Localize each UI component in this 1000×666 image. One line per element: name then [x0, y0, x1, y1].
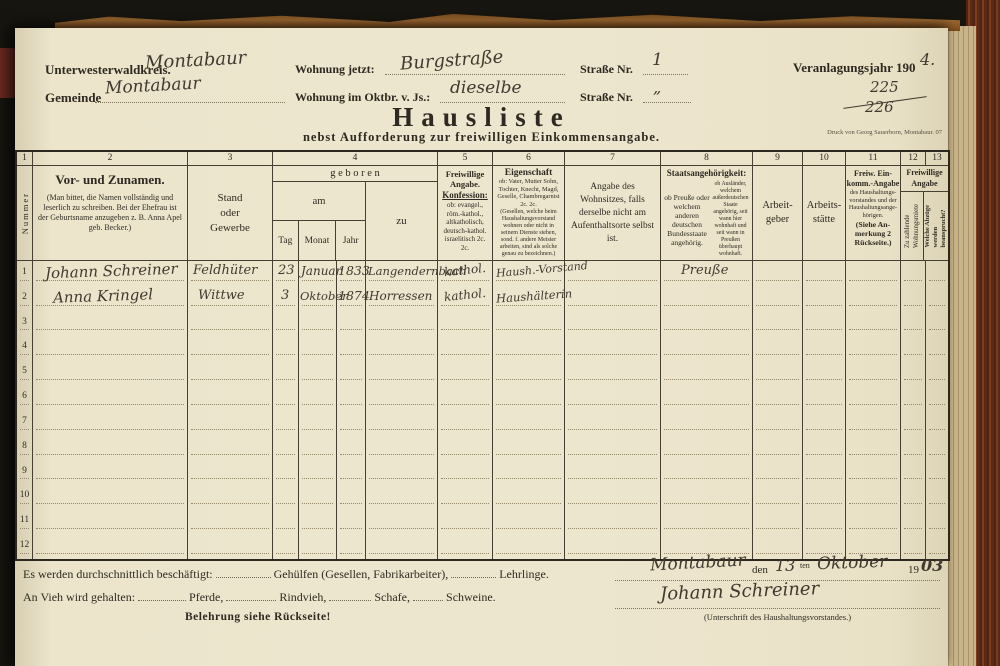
year-handwritten: 03: [921, 556, 943, 575]
table-row: 10: [17, 484, 948, 509]
arbeitsstaette-cell: [803, 435, 846, 460]
col-einkommensangabe: 11 Freiw. Ein- komm.-Angabe des Haushalt…: [846, 152, 901, 260]
staat-cell: [661, 435, 753, 460]
col-arbeitgeber: 9 Arbeit- geber: [753, 152, 803, 260]
monat-cell: [299, 534, 337, 559]
wohnung-okt-value-handwritten: dieselbe: [450, 78, 522, 98]
monat-cell: [299, 435, 337, 460]
abzuege-cell: [926, 484, 948, 509]
tag-cell: [273, 335, 299, 360]
arbeitsstaette-cell: [803, 410, 846, 435]
den-label: den: [752, 564, 768, 576]
arbeitgeber-cell: [753, 335, 803, 360]
abzuege-cell: [926, 460, 948, 485]
miete-cell: [901, 460, 926, 485]
monat-handwritten: Januar: [301, 264, 341, 278]
zu-cell: [366, 435, 438, 460]
abzuege-cell: [926, 261, 948, 286]
arbeitsstaette-cell: [803, 509, 846, 534]
arbeitsstaette-cell: [803, 261, 846, 286]
veranlagungsjahr-value-handwritten: 4.: [920, 50, 935, 69]
abzuege-cell: [926, 385, 948, 410]
tag-cell: [273, 360, 299, 385]
table-row: 7: [17, 410, 948, 435]
wohnsitz-cell: [565, 385, 661, 410]
col-arbeitsstaette: 10 Arbeits- stätte: [803, 152, 846, 260]
zu-cell: [366, 534, 438, 559]
arbeitsstaette-cell: [803, 286, 846, 311]
table-row: 4: [17, 335, 948, 360]
eigenschaft-cell: [493, 484, 565, 509]
einkommen-note: des Haushaltungs- vorstandes und der Hau…: [846, 189, 900, 219]
folio-number-bottom: 226: [865, 98, 894, 116]
jahr-handwritten: 1833: [338, 263, 370, 278]
zu-cell: [366, 460, 438, 485]
konfession-cell: [438, 484, 493, 509]
wohnsitz-cell: [565, 435, 661, 460]
blank-schafe: [329, 589, 371, 601]
col-wohnsitz: 7 Angabe des Wohnsitzes, falls derselbe …: [565, 152, 661, 260]
vieh-label: An Vieh wird gehalten:: [23, 590, 135, 604]
col-staatsangehoerigkeit: 8 Staatsangehörigkeit: ob Preuße oder we…: [661, 152, 753, 260]
strasse2-value-ditto: „: [653, 78, 661, 97]
arbeitgeber-cell: [753, 286, 803, 311]
folio-number-top: 225: [870, 78, 899, 96]
stand-cell: Feldhüter: [188, 261, 273, 286]
signature-caption: (Unterschrift des Haushaltungsvorstandes…: [615, 612, 940, 622]
miete-cell: [901, 311, 926, 336]
abzuege-cell: [926, 335, 948, 360]
abzuege-cell: [926, 286, 948, 311]
name-cell: [33, 484, 188, 509]
zu-cell: Langendernbach: [366, 261, 438, 286]
name-cell: [33, 410, 188, 435]
colnum-8: 8: [661, 152, 752, 166]
wohnsitz-cell: [565, 410, 661, 435]
eigenschaft-cell: [493, 385, 565, 410]
document-page: Unterwesterwaldkreis. Montabaur Wohnung …: [15, 28, 948, 666]
tag-cell: [273, 534, 299, 559]
tag-cell: [273, 435, 299, 460]
wohnsitz-label: Angabe des Wohnsitzes, falls derselbe ni…: [565, 166, 660, 260]
hausliste-table: 1 Nummer 2 Vor- und Zunamen. (Man bittet…: [15, 150, 950, 561]
staat-cell: [661, 360, 753, 385]
row-number-cell: 5: [17, 360, 33, 385]
freiwillige-angabe-group-label: Freiwillige Angabe: [901, 166, 948, 192]
stand-handwritten: Wittwe: [198, 288, 245, 303]
name-cell: [33, 335, 188, 360]
book-binding-left: [0, 48, 16, 98]
monat-cell: [299, 311, 337, 336]
colnum-6: 6: [493, 152, 564, 166]
zu-cell: Horressen: [366, 286, 438, 311]
eigenschaft-cell: Haush.-Vorstand: [493, 261, 565, 286]
konfession-note: ob: evangel., röm.-kathol., altkatholisc…: [438, 201, 492, 252]
col-nummer: 1 Nummer: [17, 152, 33, 260]
stand-cell: [188, 385, 273, 410]
miete-cell: [901, 360, 926, 385]
geboren-tag-label: Tag: [273, 221, 299, 260]
abzuege-cell: [926, 410, 948, 435]
colnum-9: 9: [753, 152, 802, 166]
table-row: 1 Johann Schreiner Feldhüter 23 Januar 1…: [17, 261, 948, 286]
ten-label: ten: [800, 561, 810, 570]
konfession-handwritten: kathol.: [443, 286, 486, 304]
col-stand-label: Stand oder Gewerbe: [188, 166, 272, 260]
tag-cell: [273, 509, 299, 534]
table-row: 6: [17, 385, 948, 410]
date-month-handwritten: Oktober: [817, 552, 888, 574]
wohnsitz-cell: [565, 460, 661, 485]
jahr-cell: [337, 410, 366, 435]
zu-cell: [366, 311, 438, 336]
arbeitsstaette-cell: [803, 360, 846, 385]
staat-handwritten: Preuße: [681, 263, 728, 278]
jahr-handwritten: 1874: [338, 288, 370, 303]
staat-cell: [661, 460, 753, 485]
wohnsitz-cell: [565, 509, 661, 534]
tag-cell: 3: [273, 286, 299, 311]
miete-cell: [901, 484, 926, 509]
wohnsitz-cell: [565, 484, 661, 509]
row-number-cell: 10: [17, 484, 33, 509]
colnum-10: 10: [803, 152, 845, 166]
einkommen-cell: [846, 509, 901, 534]
colnum-13: 13: [926, 152, 948, 165]
miete-cell: [901, 410, 926, 435]
tag-cell: [273, 484, 299, 509]
stand-cell: [188, 435, 273, 460]
miete-cell: [901, 385, 926, 410]
col-freiwillige-angabe-group: 12 13 Freiwillige Angabe Zu zahlende Woh…: [901, 152, 948, 260]
jahr-cell: [337, 360, 366, 385]
table-row: 3: [17, 311, 948, 336]
row-number-cell: 11: [17, 509, 33, 534]
colnum-1: 1: [17, 152, 32, 166]
einkommen-cell: [846, 435, 901, 460]
jahr-cell: 1874: [337, 286, 366, 311]
konfession-cell: kathol.: [438, 261, 493, 286]
page-subtitle: nebst Aufforderung zur freiwilligen Eink…: [15, 130, 948, 145]
colnum-7: 7: [565, 152, 660, 166]
konfession-cell: [438, 311, 493, 336]
zu-cell: [366, 360, 438, 385]
name-cell: [33, 509, 188, 534]
miete-cell: [901, 261, 926, 286]
abzuege-cell: [926, 311, 948, 336]
konfession-cell: [438, 385, 493, 410]
stand-handwritten: Feldhüter: [193, 263, 257, 278]
row-number-cell: 12: [17, 534, 33, 559]
row-number-cell: 1: [17, 261, 33, 286]
geboren-group-label: g e b o r e n: [273, 166, 437, 182]
kreis-value-handwritten: Montabaur: [145, 47, 247, 73]
wohnsitz-cell: [565, 360, 661, 385]
vieh-line: An Vieh wird gehalten: Pferde, Rindvieh,…: [23, 589, 496, 605]
staat-cell: [661, 509, 753, 534]
monat-cell: [299, 509, 337, 534]
abzuege-label: Welche Abzüge werden beansprucht?: [924, 205, 948, 247]
name-handwritten: Johann Schreiner: [45, 260, 178, 283]
tag-cell: [273, 385, 299, 410]
einkommen-cell: [846, 286, 901, 311]
table-row: 9: [17, 460, 948, 485]
stand-cell: [188, 335, 273, 360]
eigenschaft-cell: [493, 311, 565, 336]
staat-cell: [661, 311, 753, 336]
blank-schweine: [413, 589, 443, 601]
monat-cell: Januar: [299, 261, 337, 286]
arbeitsstaette-label: Arbeits- stätte: [803, 166, 845, 260]
row-number-cell: 2: [17, 286, 33, 311]
eigenschaft-cell: [493, 360, 565, 385]
miete-cell: [901, 286, 926, 311]
tag-cell: [273, 311, 299, 336]
arbeitgeber-cell: [753, 261, 803, 286]
veranlagungsjahr-label: Veranlagungsjahr 190: [793, 60, 915, 76]
jahr-cell: [337, 385, 366, 410]
arbeitsstaette-cell: [803, 484, 846, 509]
blank-lehrlinge: [451, 566, 496, 578]
blank-gehuelfen: [216, 566, 271, 578]
wohnung-jetzt-label: Wohnung jetzt:: [295, 62, 375, 77]
monat-cell: [299, 460, 337, 485]
eigenschaft-cell: [493, 335, 565, 360]
blank-rindvieh: [226, 589, 276, 601]
arbeitsstaette-cell: [803, 311, 846, 336]
name-cell: [33, 385, 188, 410]
wohnsitz-cell: [565, 311, 661, 336]
jahr-cell: [337, 335, 366, 360]
schafe-label: Schafe,: [374, 590, 410, 604]
konfession-cell: [438, 410, 493, 435]
col-nummer-label: Nummer: [20, 192, 30, 234]
table-row: 5: [17, 360, 948, 385]
jahr-cell: [337, 509, 366, 534]
beschaeftigt-line: Es werden durchschnittlich beschäftigt: …: [23, 566, 549, 582]
tag-cell: [273, 460, 299, 485]
name-cell: [33, 435, 188, 460]
name-handwritten: Anna Kringel: [53, 285, 154, 306]
row-number-cell: 3: [17, 311, 33, 336]
blank-pferde: [138, 589, 186, 601]
konfession-cell: [438, 460, 493, 485]
eigenschaft-cell: [493, 435, 565, 460]
staat-left-note: ob Preuße oder welchem anderen deutschen…: [663, 179, 711, 260]
monat-cell: [299, 484, 337, 509]
einkommen-b2: (Siehe An- merkung 2 Rückseite.): [846, 220, 900, 247]
colnum-2: 2: [33, 152, 187, 166]
staat-title: Staatsangehörigkeit:: [661, 166, 752, 179]
miete-cell: [901, 335, 926, 360]
staat-cell: [661, 410, 753, 435]
eigenschaft-cell: Haushälterin: [493, 286, 565, 311]
einkommen-cell: [846, 360, 901, 385]
zu-handwritten: Horressen: [369, 289, 432, 303]
zu-cell: [366, 484, 438, 509]
konfession-cell: [438, 360, 493, 385]
colnum-11: 11: [846, 152, 900, 166]
name-cell: [33, 311, 188, 336]
eigenschaft-note1: ob: Vater, Mutter Sohn, Tochter, Knecht,…: [493, 178, 564, 208]
colnum-12: 12: [901, 152, 926, 165]
eigenschaft-cell: [493, 460, 565, 485]
stand-cell: [188, 484, 273, 509]
row-number-cell: 9: [17, 460, 33, 485]
lehrlinge-label: Lehrlinge.: [499, 567, 549, 581]
arbeitgeber-cell: [753, 484, 803, 509]
zu-cell: [366, 385, 438, 410]
wohnsitz-cell: [565, 335, 661, 360]
stand-cell: [188, 509, 273, 534]
arbeitgeber-cell: [753, 509, 803, 534]
monat-cell: [299, 335, 337, 360]
col-namen: 2 Vor- und Zunamen. (Man bittet, die Nam…: [33, 152, 188, 260]
eigenschaft-note2: (Gesellen, welche beim Haushaltungsvorst…: [493, 208, 564, 258]
colnum-3: 3: [188, 152, 272, 166]
table-row: 2 Anna Kringel Wittwe 3 Oktober 1874 Hor…: [17, 286, 948, 311]
einkommen-cell: [846, 335, 901, 360]
strasse1-value-handwritten: 1: [652, 50, 663, 70]
colnum-4: 4: [273, 152, 437, 166]
stand-cell: [188, 534, 273, 559]
monat-cell: Oktober: [299, 286, 337, 311]
tag-handwritten: 23: [278, 263, 295, 278]
beschaeftigt-label: Es werden durchschnittlich beschäftigt:: [23, 567, 213, 581]
jahr-cell: [337, 484, 366, 509]
eigenschaft-title: Eigenschaft: [493, 168, 564, 178]
arbeitsstaette-cell: [803, 335, 846, 360]
stand-cell: [188, 360, 273, 385]
miete-cell: [901, 435, 926, 460]
geboren-am-label: am: [273, 182, 365, 221]
abzuege-cell: [926, 509, 948, 534]
staat-cell: [661, 335, 753, 360]
table-row: 8: [17, 435, 948, 460]
arbeitsstaette-cell: [803, 460, 846, 485]
table-row: 11: [17, 509, 948, 534]
col-stand: 3 Stand oder Gewerbe: [188, 152, 273, 260]
name-cell: [33, 360, 188, 385]
arbeitsstaette-cell: [803, 385, 846, 410]
abzuege-cell: [926, 435, 948, 460]
date-day-handwritten: 13: [775, 556, 795, 575]
geboren-jahr-label: Jahr: [336, 221, 365, 260]
arbeitgeber-cell: [753, 410, 803, 435]
zu-cell: [366, 410, 438, 435]
abzuege-cell: [926, 360, 948, 385]
table-body: 1 Johann Schreiner Feldhüter 23 Januar 1…: [17, 260, 948, 559]
page-title: Hausliste: [15, 102, 948, 133]
arbeitgeber-cell: [753, 460, 803, 485]
col-eigenschaft: 6 Eigenschaft ob: Vater, Mutter Sohn, To…: [493, 152, 565, 260]
wohnungsmiete-label: Zu zahlende Wohnungsmiete: [903, 204, 921, 248]
konfession-handwritten: kathol.: [443, 261, 486, 279]
name-cell: [33, 460, 188, 485]
staat-cell: [661, 286, 753, 311]
geboren-zu-label: zu: [366, 182, 437, 260]
stand-cell: Wittwe: [188, 286, 273, 311]
arbeitgeber-cell: [753, 360, 803, 385]
name-cell: Johann Schreiner: [33, 261, 188, 286]
jahr-cell: [337, 311, 366, 336]
wohnsitz-cell: [565, 534, 661, 559]
einkommen-cell: [846, 460, 901, 485]
col-abzuege: Welche Abzüge werden beansprucht?: [924, 192, 948, 260]
table-row: 12: [17, 534, 948, 559]
arbeitgeber-cell: [753, 435, 803, 460]
stand-cell: [188, 460, 273, 485]
staat-cell: [661, 385, 753, 410]
gehuelfen-label: Gehülfen (Gesellen, Fabrikarbeiter),: [274, 567, 449, 581]
einkommen-cell: [846, 311, 901, 336]
wohnsitz-cell: [565, 286, 661, 311]
tag-cell: [273, 410, 299, 435]
konfession-cell: kathol.: [438, 286, 493, 311]
eigenschaft-cell: [493, 410, 565, 435]
staat-cell: [661, 484, 753, 509]
arbeitgeber-label: Arbeit- geber: [753, 166, 802, 260]
name-cell: [33, 534, 188, 559]
eigenschaft-cell: [493, 509, 565, 534]
row-number-cell: 6: [17, 385, 33, 410]
pferde-label: Pferde,: [189, 590, 223, 604]
jahr-cell: [337, 460, 366, 485]
row-number-cell: 7: [17, 410, 33, 435]
einkommen-cell: [846, 410, 901, 435]
belehrung-note: Belehrung siehe Rückseite!: [185, 611, 331, 623]
staat-right-note: ob Ausländer, welchem außerdeutschen Sta…: [711, 179, 750, 260]
col-wohnungsmiete: Zu zahlende Wohnungsmiete: [901, 192, 924, 260]
einkommen-cell: [846, 261, 901, 286]
einkommen-cell: [846, 484, 901, 509]
col-geboren: 4 g e b o r e n am Tag Monat Jahr zu: [273, 152, 438, 260]
monat-cell: [299, 410, 337, 435]
staat-cell: Preuße: [661, 261, 753, 286]
jahr-cell: [337, 435, 366, 460]
strasse1-label: Straße Nr.: [580, 62, 633, 77]
tag-cell: 23: [273, 261, 299, 286]
konfession-cell: [438, 335, 493, 360]
geboren-monat-label: Monat: [299, 221, 337, 260]
konfession-cell: [438, 509, 493, 534]
konfession-b1: Freiwillige Angabe.: [438, 169, 492, 189]
konfession-b2: Konfession:: [438, 190, 492, 200]
name-cell: Anna Kringel: [33, 286, 188, 311]
rindvieh-label: Rindvieh,: [279, 590, 326, 604]
col-namen-title: Vor- und Zunamen.: [38, 172, 182, 188]
eigenschaft-cell: [493, 534, 565, 559]
table-header: 1 Nummer 2 Vor- und Zunamen. (Man bittet…: [17, 152, 948, 260]
monat-cell: [299, 360, 337, 385]
eigenschaft-handwritten: Haushälterin: [496, 286, 573, 305]
konfession-cell: [438, 435, 493, 460]
arbeitgeber-cell: [753, 311, 803, 336]
col-konfession: 5 Freiwillige Angabe. Konfession: ob: ev…: [438, 152, 493, 260]
jahr-cell: [337, 534, 366, 559]
colnum-5: 5: [438, 152, 492, 166]
zu-cell: [366, 335, 438, 360]
arbeitgeber-cell: [753, 385, 803, 410]
row-number-cell: 8: [17, 435, 33, 460]
zu-cell: [366, 509, 438, 534]
schweine-label: Schweine.: [446, 590, 496, 604]
tag-handwritten: 3: [281, 288, 289, 303]
monat-cell: [299, 385, 337, 410]
year-printed: 19: [908, 564, 919, 576]
row-number-cell: 4: [17, 335, 33, 360]
miete-cell: [901, 509, 926, 534]
